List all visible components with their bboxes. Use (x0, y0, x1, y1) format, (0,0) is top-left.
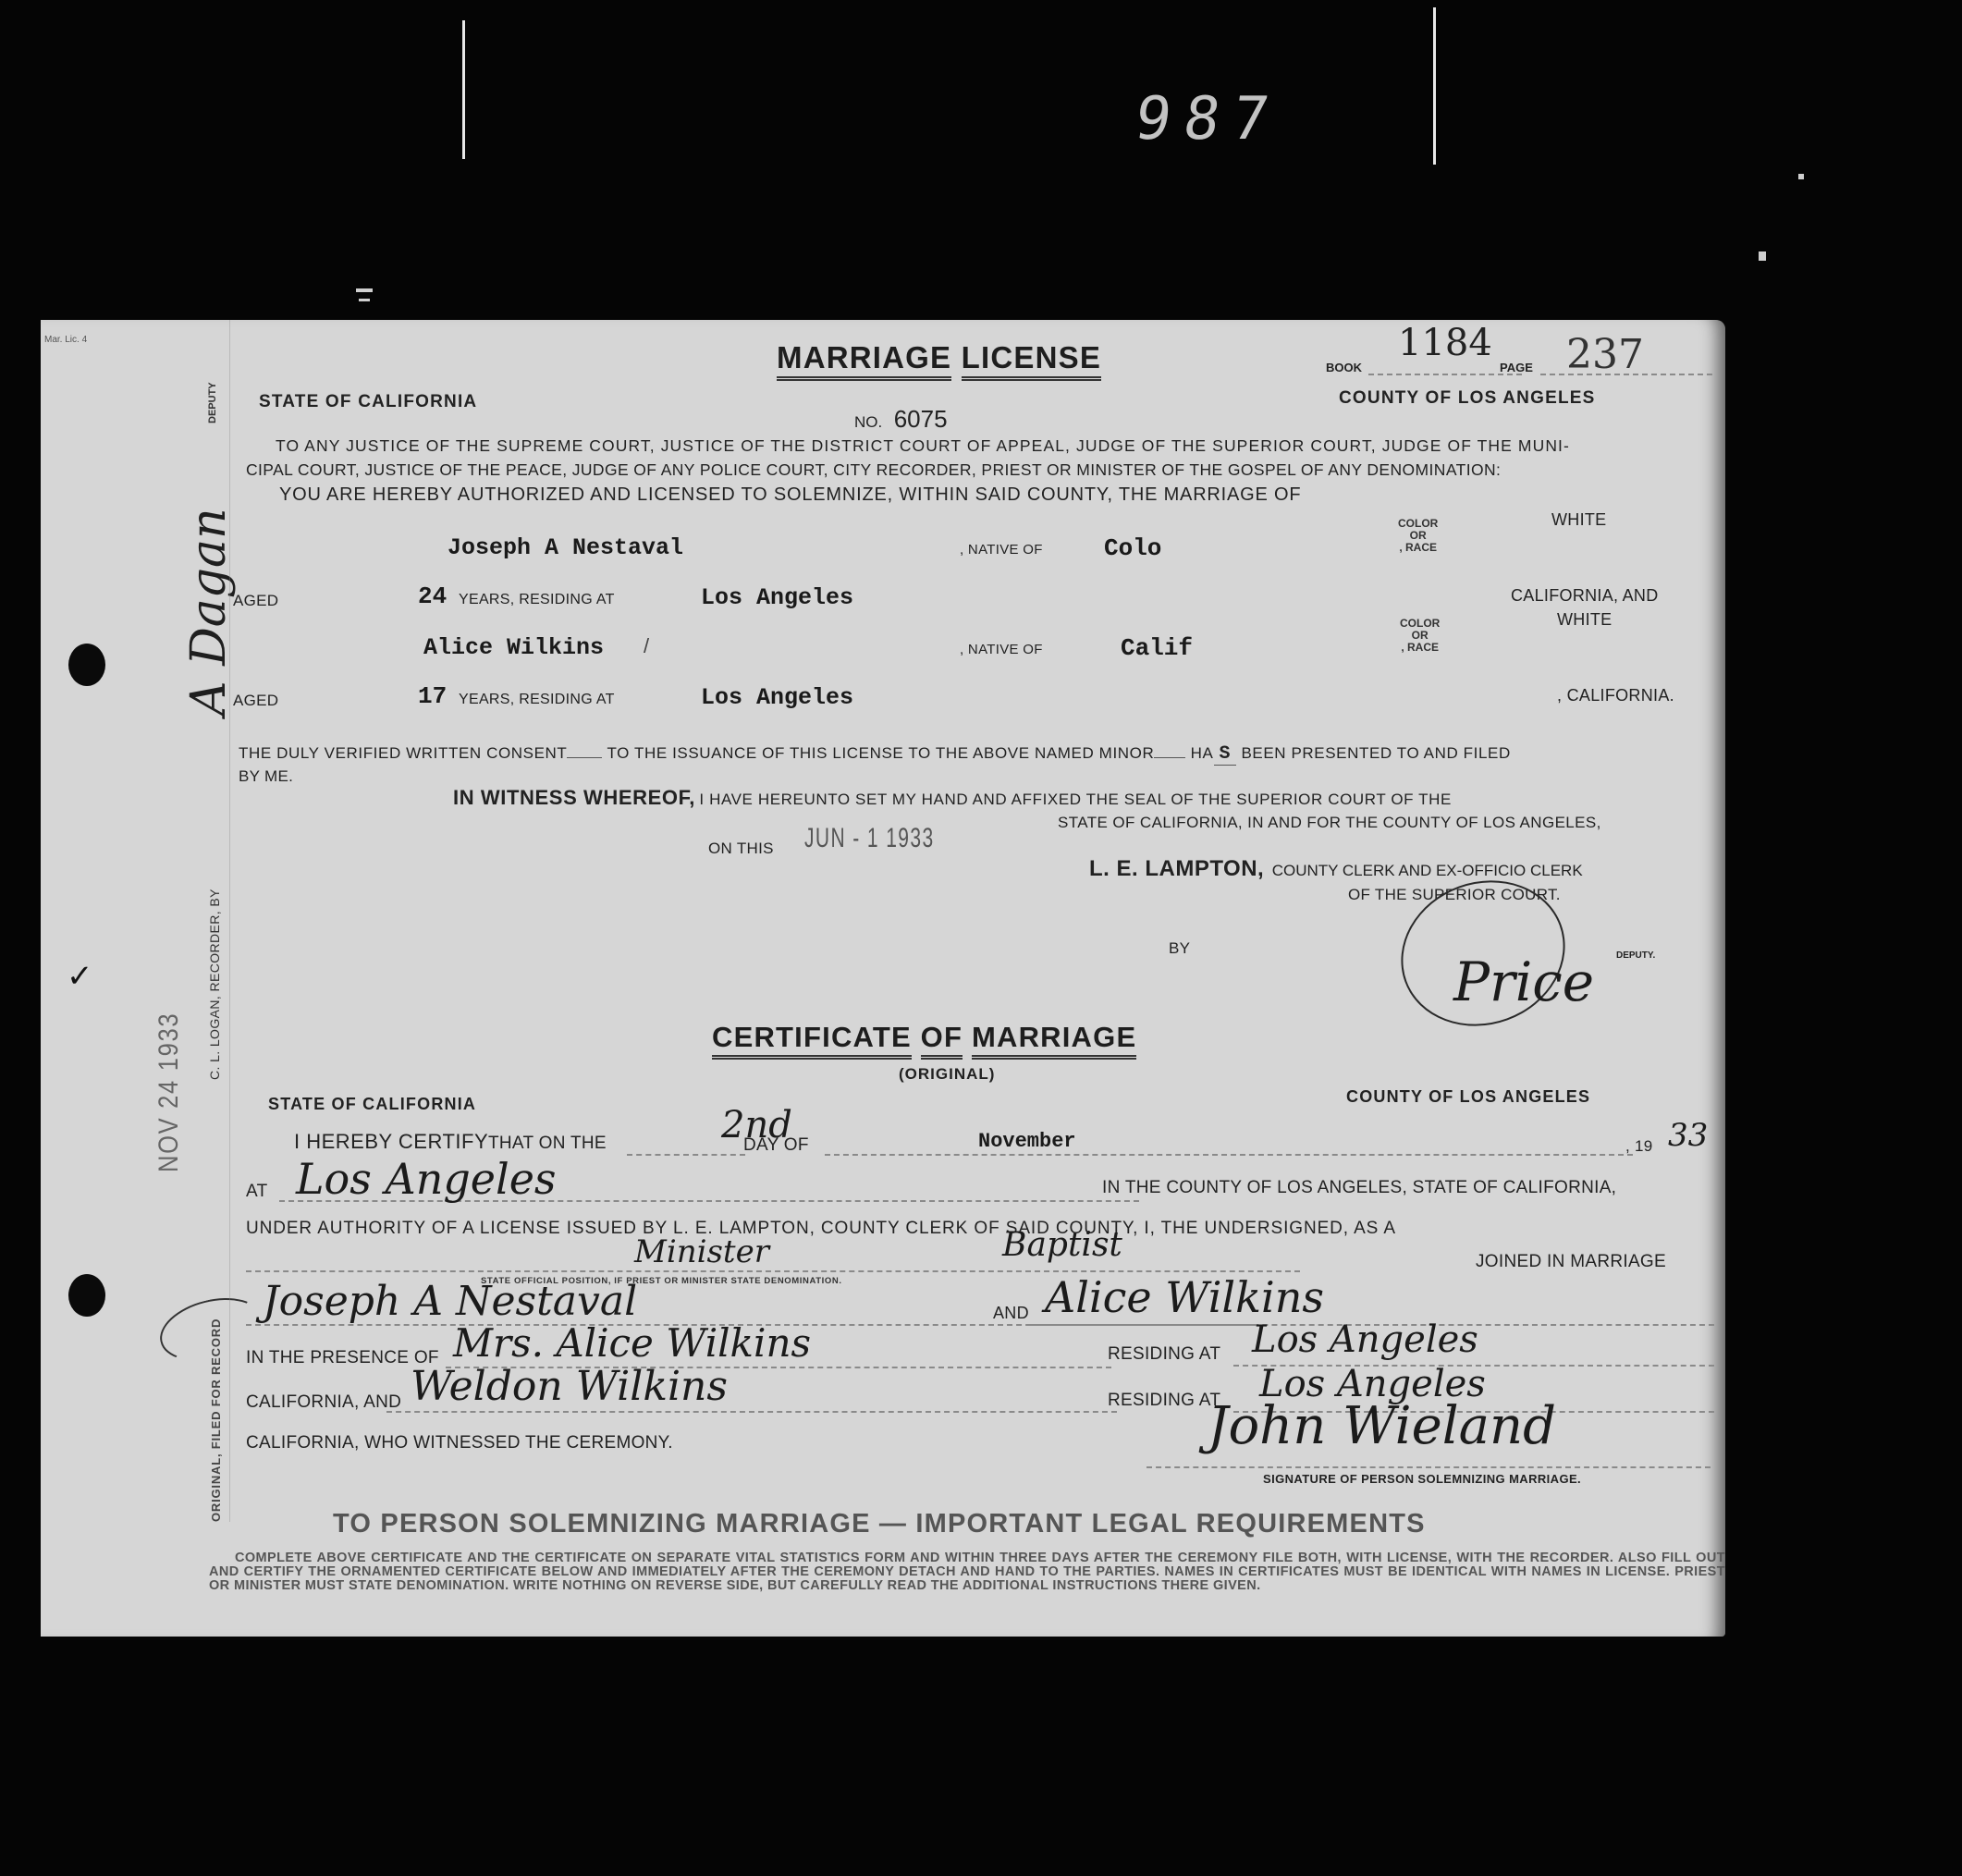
bride-color-race-label: COLOR OR , RACE (1400, 618, 1440, 654)
certificate-place: Los Angeles (296, 1154, 557, 1204)
form-code: Mar. Lic. 4 (44, 335, 87, 345)
requirements-heading: TO PERSON SOLEMNIZING MARRIAGE — IMPORTA… (333, 1509, 1426, 1539)
license-address-line3: YOU ARE HEREBY AUTHORIZED AND LICENSED T… (279, 484, 1301, 506)
and-label: AND (993, 1304, 1029, 1323)
filed-date-stamp: NOV 24 1933 (153, 1012, 185, 1172)
consent-blank (1154, 757, 1185, 758)
license-number: NO. 6075 (854, 405, 948, 434)
bride-years-label: YEARS, RESIDING AT (459, 692, 615, 708)
margin-rule (229, 320, 230, 1522)
witnessed-ceremony-text: CALIFORNIA, WHO WITNESSED THE CEREMONY. (246, 1433, 673, 1453)
bride-age: 17 (418, 682, 447, 710)
officiant-signature-line (1147, 1466, 1711, 1468)
deputy-label: DEPUTY. (1616, 950, 1655, 961)
officiant-position: Minister (634, 1233, 769, 1270)
punch-hole (68, 1274, 105, 1317)
deputy-signature: Price (1453, 950, 1594, 1013)
bride-race: WHITE (1557, 610, 1613, 630)
witness2-name: Weldon Wilkins (411, 1363, 728, 1410)
consent-line-c: BEEN PRESENTED TO AND FILED (1241, 744, 1510, 762)
that-on-the-label: THAT ON THE (488, 1134, 607, 1154)
witness-whereof-rest: I HAVE HEREUNTO SET MY HAND AND AFFIXED … (699, 791, 1452, 808)
groom-signature: Joseph A Nestaval (263, 1278, 637, 1325)
groom-name: Joseph A Nestaval (448, 534, 683, 561)
consent-blank (567, 757, 602, 758)
groom-aged-label: AGED (233, 592, 278, 610)
certificate-month: November (978, 1130, 1076, 1153)
officiant-denomination: Baptist (1002, 1226, 1122, 1264)
certificate-year: 33 (1668, 1117, 1708, 1154)
clerk-title-1: COUNTY CLERK AND EX-OFFICIO CLERK (1272, 862, 1583, 879)
california-and-label: CALIFORNIA, AND (1511, 586, 1659, 606)
california-and-witness: CALIFORNIA, AND (246, 1392, 401, 1413)
witness-whereof-bold: IN WITNESS WHEREOF, (453, 786, 695, 809)
edge-mark: ✓ (67, 958, 93, 995)
bride-check-mark: / (644, 634, 649, 658)
joined-label: JOINED IN MARRIAGE (1476, 1252, 1666, 1272)
punch-hole (68, 644, 105, 686)
license-issue-date: JUN - 1 1933 (804, 823, 935, 854)
officiant-signature: John Wieland (1208, 1396, 1556, 1456)
witness2-line (386, 1411, 1117, 1413)
witness1-residence: Los Angeles (1252, 1318, 1478, 1361)
groom-age: 24 (418, 582, 447, 610)
race-label: , RACE (1398, 542, 1438, 554)
witness1-name: Mrs. Alice Wilkins (453, 1320, 811, 1366)
witness-whereof-line: IN WITNESS WHEREOF, I HAVE HEREUNTO SET … (453, 786, 1452, 810)
book-label: BOOK (1326, 361, 1362, 374)
at-label: AT (246, 1182, 267, 1202)
requirements-body: Complete above certificate and the certi… (209, 1551, 1725, 1593)
license-state-label: STATE OF CALIFORNIA (259, 392, 477, 412)
certificate-county-label: COUNTY OF LOS ANGELES (1346, 1087, 1590, 1107)
witness-whereof-line2: STATE OF CALIFORNIA, IN AND FOR THE COUN… (1058, 814, 1601, 832)
marriage-license-document: ✓ Mar. Lic. 4 MARRIAGE LICENSE STATE OF … (41, 320, 1725, 1637)
groom-color-race-label: COLOR OR , RACE (1398, 518, 1438, 554)
film-speck (1798, 174, 1804, 179)
in-county-text: IN THE COUNTY OF LOS ANGELES, STATE OF C… (1102, 1178, 1616, 1198)
license-title-word2: LICENSE (962, 340, 1101, 381)
groom-residence: Los Angeles (701, 584, 853, 611)
on-this-label: ON THIS (708, 840, 774, 858)
film-speck (356, 288, 373, 292)
film-speck (359, 299, 370, 301)
certify-bold: I HEREBY CERTIFY (294, 1130, 488, 1154)
license-number-value: 6075 (894, 405, 948, 433)
page-label: PAGE (1500, 361, 1533, 374)
clerk-block: L. E. LAMPTON, COUNTY CLERK AND EX-OFFIC… (1089, 856, 1583, 882)
certificate-title-word2: OF (921, 1021, 963, 1060)
license-address-line2: CIPAL COURT, JUSTICE OF THE PEACE, JUDGE… (246, 460, 1501, 480)
recorder-text: C. L. LOGAN, RECORDER, BY (207, 889, 222, 1080)
bride-name: Alice Wilkins (423, 634, 604, 661)
bride-aged-label: AGED (233, 692, 278, 710)
race-label: , RACE (1400, 642, 1440, 654)
license-title: MARRIAGE LICENSE (777, 340, 1101, 375)
year-prefix: , 19 (1625, 1137, 1653, 1156)
signature-caption: SIGNATURE OF PERSON SOLEMNIZING MARRIAGE… (1263, 1472, 1581, 1486)
certificate-title-word3: MARRIAGE (972, 1021, 1136, 1060)
page-number: 237 (1566, 331, 1644, 378)
california-end-label: , CALIFORNIA. (1557, 686, 1674, 705)
recorder-deputy-label: DEPUTY (207, 382, 218, 423)
consent-line-b: TO THE ISSUANCE OF THIS LICENSE TO THE A… (607, 744, 1154, 762)
film-speck (1759, 251, 1766, 261)
day-of-label: DAY OF (743, 1135, 809, 1156)
license-number-label: NO. (854, 413, 882, 431)
microfilm-frame-number: 987 (1131, 85, 1286, 153)
consent-text: THE DULY VERIFIED WRITTEN CONSENT TO THE… (239, 743, 1511, 765)
consent-ha: HA (1191, 744, 1214, 762)
certificate-state-label: STATE OF CALIFORNIA (268, 1095, 476, 1114)
book-number: 1184 (1398, 322, 1492, 364)
groom-native-label: , NATIVE OF (960, 542, 1043, 558)
consent-s: S (1214, 743, 1237, 766)
certificate-title: CERTIFICATE OF MARRIAGE (712, 1021, 1136, 1054)
authority-text: UNDER AUTHORITY OF A LICENSE ISSUED BY L… (246, 1219, 1396, 1239)
certificate-title-word1: CERTIFICATE (712, 1021, 912, 1060)
witness1-residing-label: RESIDING AT (1108, 1344, 1220, 1365)
bride-native-of: Calif (1121, 634, 1193, 662)
bride-signature: Alice Wilkins (1045, 1272, 1324, 1322)
clerk-name: L. E. LAMPTON, (1089, 856, 1264, 881)
bride-residence: Los Angeles (701, 684, 853, 711)
license-title-word1: MARRIAGE (777, 340, 951, 381)
film-scratch-line-left (462, 20, 465, 159)
bride-native-label: , NATIVE OF (960, 642, 1043, 657)
witness2-residing-label: RESIDING AT (1108, 1391, 1220, 1411)
by-label: BY (1169, 939, 1190, 958)
month-line (825, 1154, 1633, 1156)
certificate-subtitle: (ORIGINAL) (899, 1065, 995, 1084)
groom-native-of: Colo (1104, 534, 1161, 562)
film-scratch-line-right (1433, 7, 1436, 165)
day-line (627, 1154, 745, 1156)
license-county-label: COUNTY OF LOS ANGELES (1339, 388, 1596, 409)
license-address-line1: TO ANY JUSTICE OF THE SUPREME COURT, JUS… (276, 436, 1570, 456)
recorder-deputy-signature: A Dagan (181, 508, 237, 716)
consent-by-me: BY ME. (239, 767, 293, 786)
groom-years-label: YEARS, RESIDING AT (459, 592, 615, 608)
groom-race: WHITE (1551, 510, 1607, 530)
consent-line-a: THE DULY VERIFIED WRITTEN CONSENT (239, 744, 567, 762)
filed-for-record-label: ORIGINAL, FILED FOR RECORD (209, 1318, 223, 1522)
